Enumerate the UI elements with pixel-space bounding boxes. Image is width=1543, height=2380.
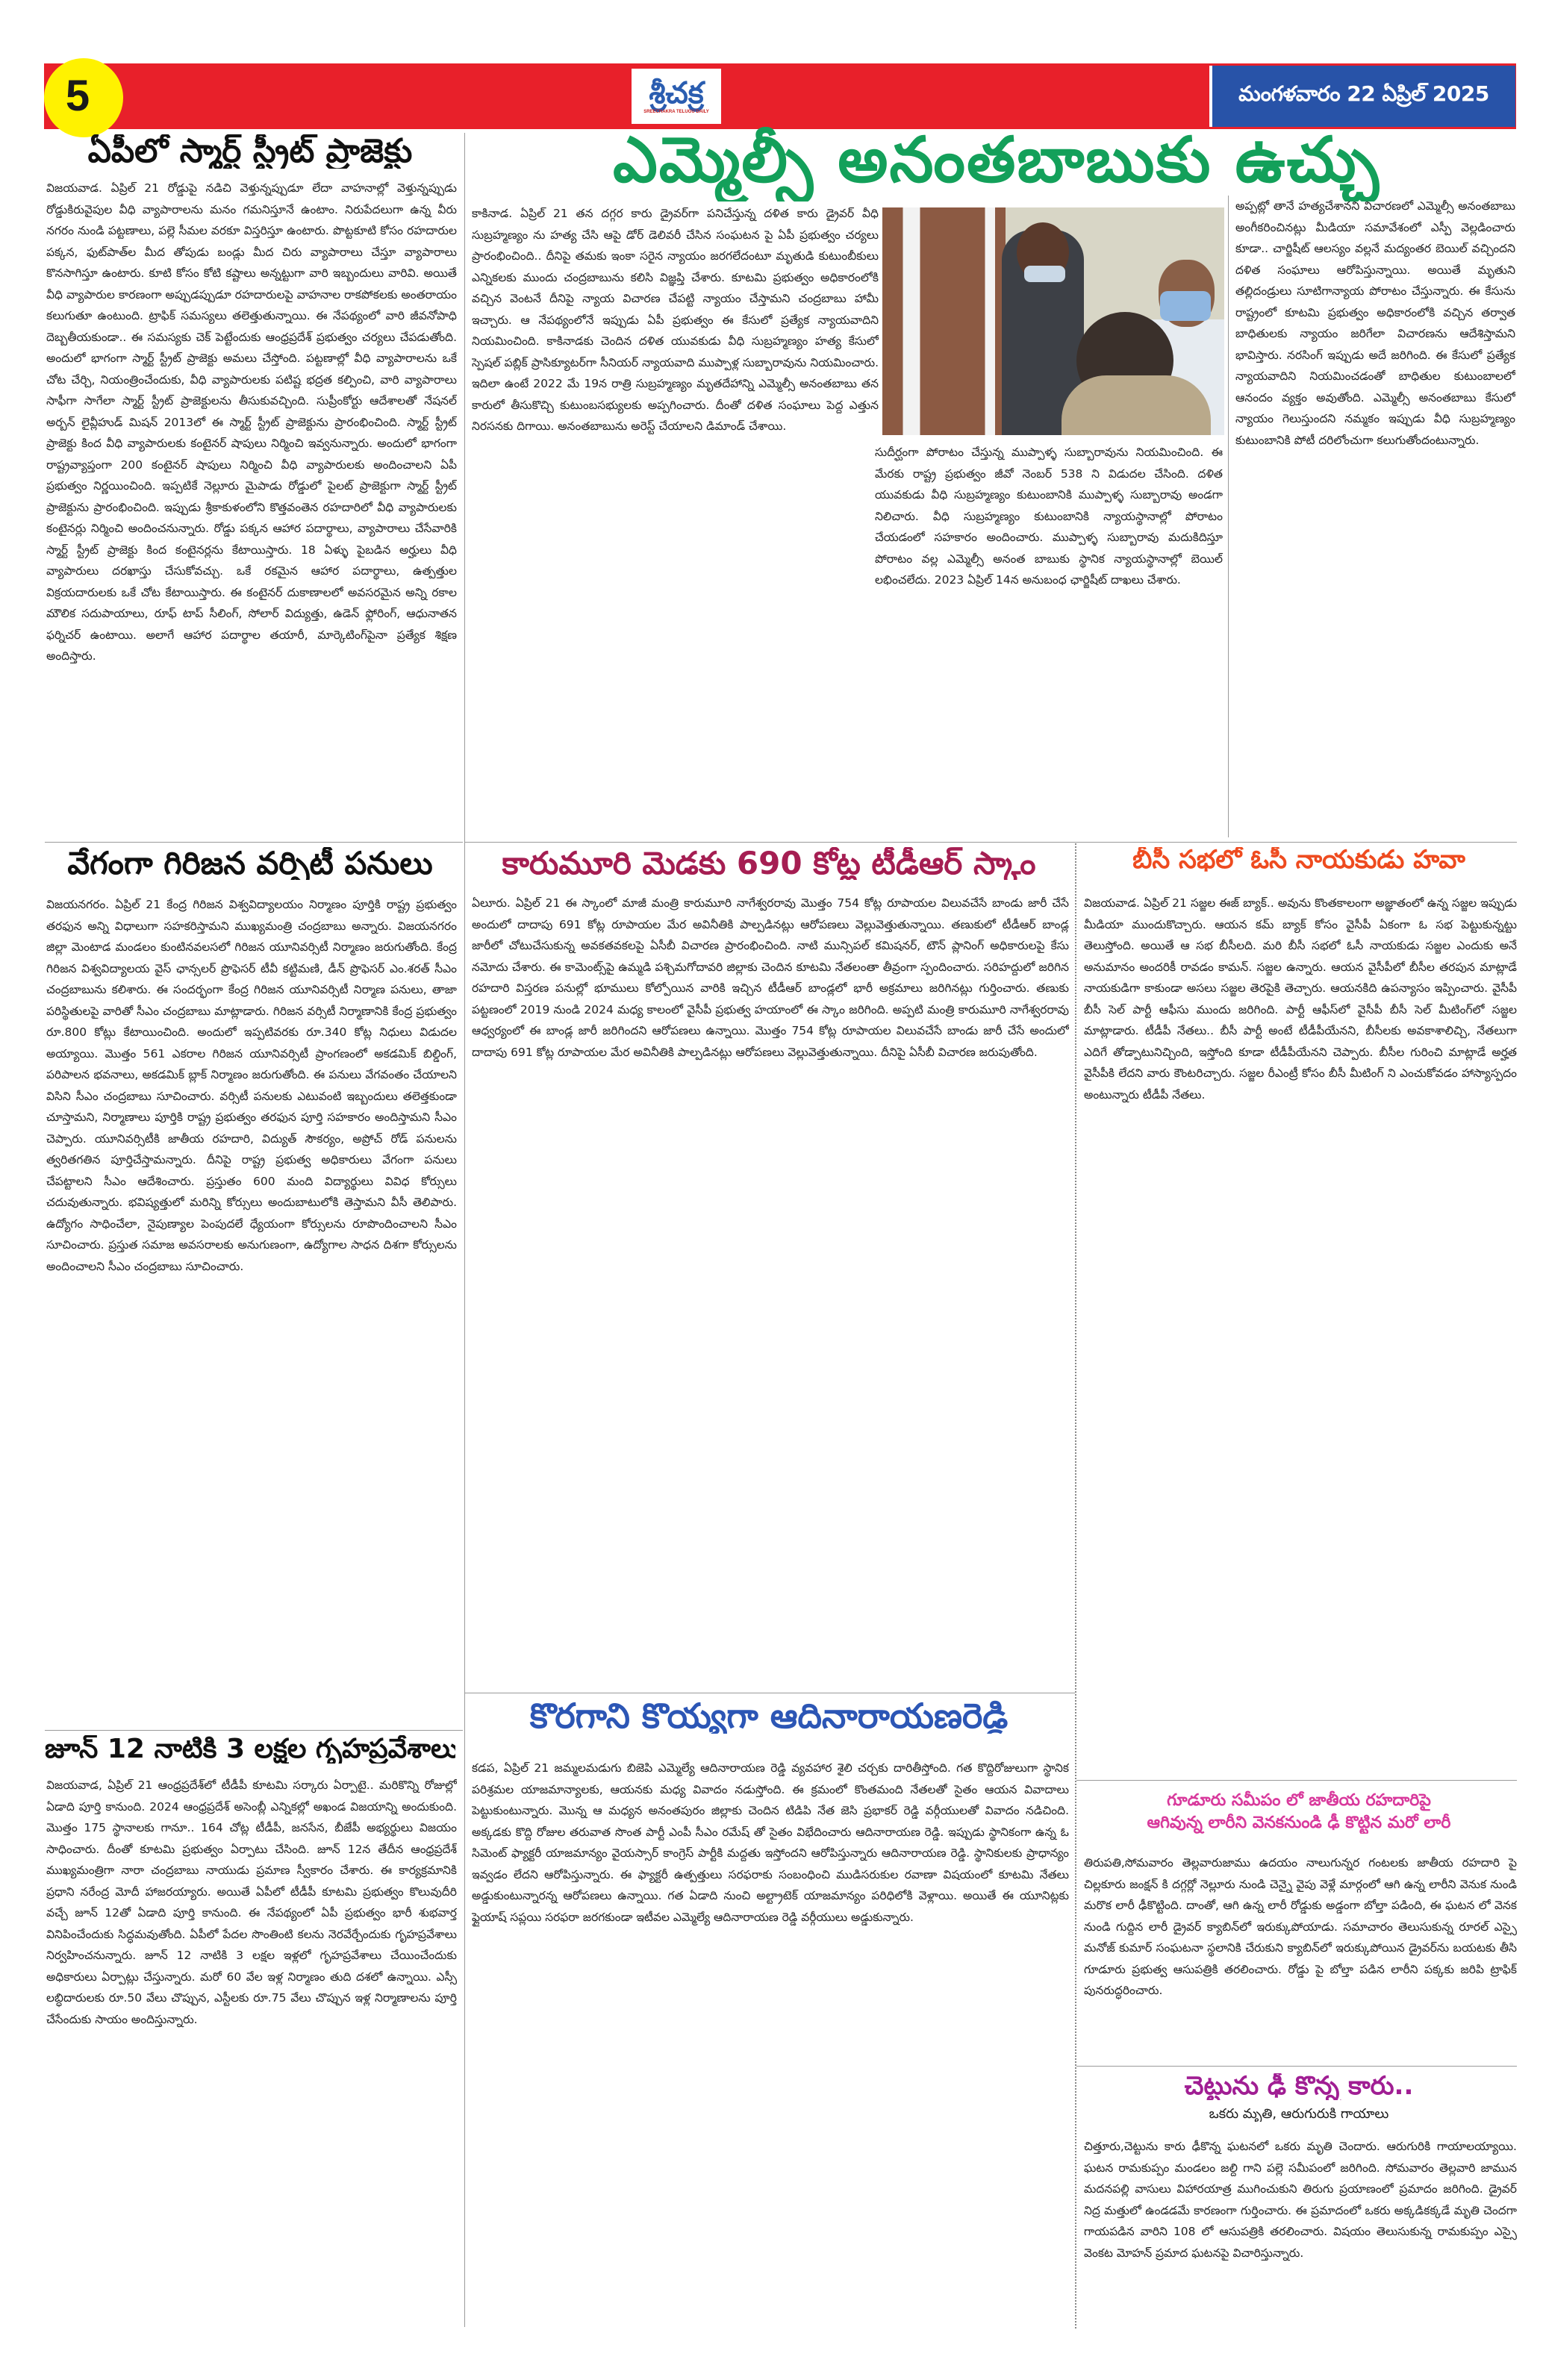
section-divider — [1076, 2066, 1517, 2067]
headline-bc-meeting: బీసీ సభలో ఓసీ నాయకుడు హవా — [1079, 847, 1519, 874]
headline-tribal-university: వేగంగా గిరిజన వర్సిటీ పనులు — [45, 847, 455, 880]
headline-lorry-line2: ఆగివున్న లారీని వెనకనుండి ఢీ కొట్టిన మరో… — [1079, 1812, 1519, 1834]
logo-text: శ్రీచక్ర — [649, 78, 703, 108]
article-body-main-col2: సుదీర్ఘంగా పోరాటం చేస్తున్న ముప్పాళ్ళ సు… — [875, 442, 1223, 837]
article-body-bc-meeting: విజయవాడ. ఏప్రిల్ 21 సజ్జల ఈజ్ బ్యాక్.. అ… — [1084, 893, 1517, 1773]
headline-main-story: ఎమ్మెల్సీ అనంతబాబుకు ఉచ్చు — [478, 127, 1515, 202]
headline-smart-street: ఏపీలో స్మార్ట్ స్ట్రీట్ ప్రాజెక్టు — [45, 134, 455, 169]
column-divider — [464, 133, 465, 2327]
article-body-tdr-scam: ఏలూరు. ఏప్రిల్ 21 ఈ స్కాంలో మాజీ మంత్రి … — [472, 893, 1069, 1691]
article-body-housing: విజయవాడ, ఏప్రిల్ 21 ఆంధ్రప్రదేశ్‌లో టీడీ… — [46, 1775, 457, 2329]
article-body-car-accident: చిత్తూరు,చెట్టును కారు ఢీకొన్న ఘటనలో ఒకర… — [1084, 2136, 1517, 2330]
column-divider — [1228, 196, 1229, 837]
headline-tdr-scam: కారుమూరి మెడకు 690 కోట్ల టీడీఆర్ స్కాం — [470, 847, 1067, 880]
logo-tagline: SREECHAKRA TELUGU DAILY — [643, 110, 709, 114]
article-body-tribal-university: విజయనగరం. ఏప్రిల్ 21 కేంద్ర గిరిజన విశ్వ… — [46, 894, 457, 1733]
page-number-badge: 5 — [44, 58, 123, 137]
section-divider — [1076, 1780, 1517, 1781]
page-number: 5 — [66, 71, 90, 121]
headline-lorry-accident: గూడూరు సమీపం లో జాతీయ రహదారిపై ఆగివున్న … — [1079, 1790, 1519, 1834]
article-body-adinarayana-reddy: కడప, ఏప్రిల్ 21 జమ్మలమడుగు బిజెపి ఎమ్మెల… — [472, 1758, 1069, 2332]
article-body-smart-street: విజయవాడ. ఏప్రిల్ 21 రోడ్డుపై నడిచి వెళ్త… — [46, 178, 457, 840]
date-box: మంగళవారం 22 ఏప్రిల్ 2025 — [1209, 66, 1515, 127]
news-photo — [882, 207, 1224, 435]
headline-adinarayana-reddy: కొరగాని కొయ్యగా ఆదినారాయణరెడ్డి — [470, 1698, 1067, 1734]
section-divider — [45, 842, 463, 843]
newspaper-logo: శ్రీచక్ర SREECHAKRA TELUGU DAILY — [632, 69, 721, 124]
article-body-lorry-accident: తిరుపతి,సోమవారం తెల్లవారుజాము ఉదయం నాలుగ… — [1084, 1852, 1517, 2061]
section-divider — [464, 842, 1517, 843]
headline-lorry-line1: గూడూరు సమీపం లో జాతీయ రహదారిపై — [1079, 1790, 1519, 1812]
headline-housing: జూన్ 12 నాటికి 3 లక్షల గృహప్రవేశాలు — [45, 1735, 455, 1764]
article-body-main-col1: కాకినాడ. ఏప్రిల్ 21 తన దగ్గర కారు డ్రైవర… — [472, 203, 879, 839]
issue-date: మంగళవారం 22 ఏప్రిల్ 2025 — [1238, 81, 1489, 111]
subheadline-car-accident: ఒకరు మృతి, ఆరుగురుకి గాయాలు — [1079, 2108, 1519, 2122]
section-divider — [464, 1693, 1075, 1693]
section-divider — [45, 1730, 463, 1731]
article-body-main-col3: అప్పట్లో తానే హత్యచేశానని విచారణలో ఎమ్మె… — [1235, 196, 1515, 837]
column-divider — [1075, 843, 1076, 2329]
headline-car-accident: చెట్టును ఢీ కొన్న కారు.. — [1079, 2073, 1519, 2100]
